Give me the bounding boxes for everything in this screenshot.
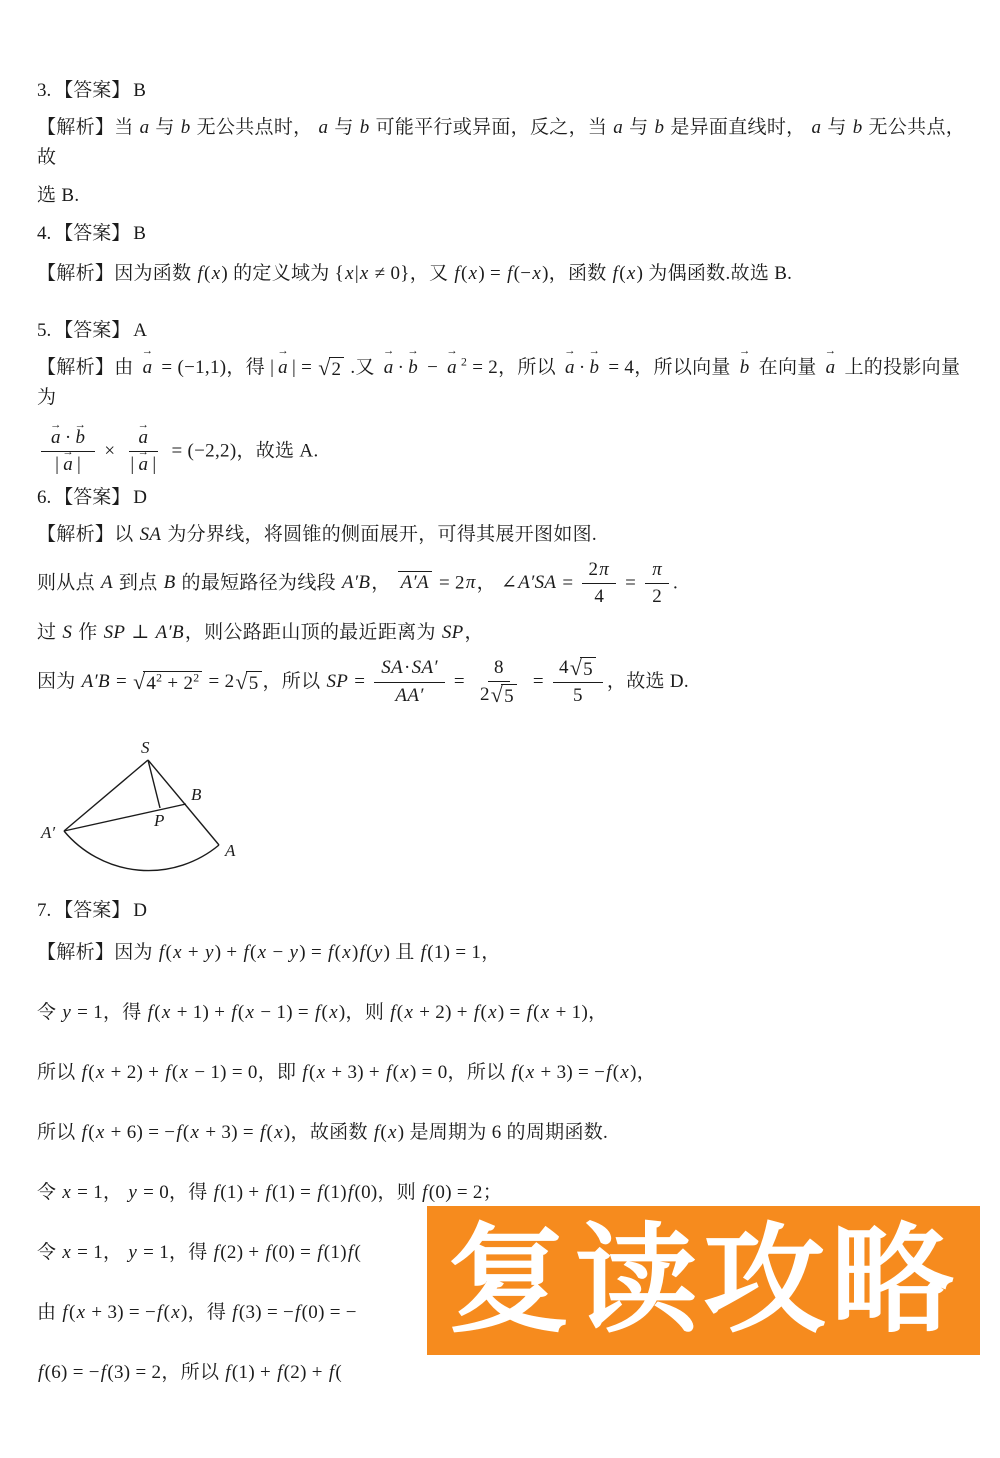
math-var: x <box>190 1122 201 1143</box>
math-var: x <box>468 263 479 284</box>
math-var: a <box>139 117 151 138</box>
math-var: y <box>127 1182 138 1203</box>
math-var: SA <box>139 524 163 545</box>
vector-arrow-icon: → <box>62 447 74 458</box>
fraction-denominator: 5 <box>567 683 589 707</box>
math-var: f <box>100 1362 108 1383</box>
vector-arrow-icon: → <box>138 420 150 431</box>
math-var: f <box>156 1302 164 1323</box>
math-var: a <box>446 357 458 378</box>
math-var: f <box>389 1002 397 1023</box>
math-var: AA′ <box>394 685 424 706</box>
math-var: f <box>158 942 166 963</box>
answer-line: 7.【答案】D <box>37 896 966 926</box>
vector-arrow-icon: → <box>407 346 419 357</box>
edge-S-Aprime <box>64 760 148 831</box>
math-var: x <box>273 1122 284 1143</box>
math-var: x <box>387 1122 398 1143</box>
math-var: A <box>100 572 114 593</box>
vector-arrow-icon: → <box>142 346 154 357</box>
item-number: 4. <box>37 223 51 244</box>
answer-letter: B <box>133 80 146 101</box>
math-var: y <box>289 942 300 963</box>
math-var: f <box>175 1122 183 1143</box>
upright-letter: A <box>299 440 313 461</box>
math-var: y <box>61 1002 72 1023</box>
math-var: π <box>465 572 477 593</box>
math-var: f <box>373 1122 381 1143</box>
fraction-denominator: 2√5 <box>474 682 524 708</box>
math-superscript: 2 <box>156 671 162 684</box>
math-var: x <box>531 263 542 284</box>
upright-letter: B <box>61 185 74 206</box>
math-var: x <box>161 1002 172 1023</box>
math-fraction: π2 <box>645 559 669 609</box>
answer-item: 6.【答案】D【解析】以 SA 为分界线，将圆锥的侧面展开，可得其展开图如图.则… <box>37 483 966 880</box>
math-var: a <box>277 357 289 378</box>
answer-item: 4.【答案】B【解析】因为函数 f(x) 的定义域为 {x|x ≠ 0}，又 f… <box>37 219 966 292</box>
math-var: f <box>612 263 620 284</box>
vector-arrow-icon: → <box>138 447 150 458</box>
math-var: f <box>421 1182 429 1203</box>
math-fraction: →a·→b|→a| <box>41 427 95 477</box>
math-var: f <box>213 1182 221 1203</box>
math-vector: →b <box>73 427 87 449</box>
math-var: a <box>382 357 396 378</box>
fraction-numerator: 4√5 <box>553 657 603 684</box>
math-var: b <box>852 117 864 138</box>
math-var: a <box>563 357 577 378</box>
math-var: a <box>276 357 290 378</box>
upright-letter: B <box>774 263 787 284</box>
radicand: 5 <box>246 671 262 695</box>
math-var: f <box>526 1002 534 1023</box>
math-var: f <box>259 1122 267 1143</box>
math-var: b <box>653 117 665 138</box>
answer-letter: B <box>133 223 146 244</box>
math-vector: →a <box>276 353 290 383</box>
math-var: f <box>196 263 204 284</box>
math-var: b <box>407 357 419 378</box>
math-var: A′B <box>155 622 185 643</box>
math-vector: →a <box>824 353 838 383</box>
answer-line: 5.【答案】A <box>37 316 966 346</box>
math-var: b <box>738 357 752 378</box>
math-var: x <box>257 942 268 963</box>
math-var: x <box>328 1002 339 1023</box>
math-var: f <box>264 1182 272 1203</box>
math-var: f <box>316 1182 324 1203</box>
math-var: x <box>341 942 352 963</box>
answer-label: 【答案】 <box>54 487 130 508</box>
answer-label: 【答案】 <box>54 900 130 921</box>
math-var: A′B <box>341 572 371 593</box>
math-var: x <box>316 1062 327 1083</box>
math-var: SP <box>103 622 127 643</box>
math-vector: →a <box>382 353 396 383</box>
math-var: x <box>359 263 370 284</box>
math-var: f <box>61 1302 69 1323</box>
solution-line: 过 S 作 SP ⊥ A′B，则公路距山顶的最近距离为 SP， <box>37 618 966 648</box>
solution-line: →a·→b|→a| × →a|→a| = (−2,2)，故选 A. <box>37 427 966 477</box>
label-S: S <box>141 738 150 757</box>
promo-banner-text: 复读攻略 <box>448 1222 960 1340</box>
math-var: x <box>626 263 637 284</box>
math-var: A′B <box>81 671 111 692</box>
solution-line: f(6) = −f(3) = 2，所以 f(1) + f(2) + f( <box>37 1356 966 1389</box>
solution-line: 令 y = 1，得 f(x + 1) + f(x − 1) = f(x)，则 f… <box>37 996 966 1029</box>
label-B: B <box>191 785 202 804</box>
math-var: f <box>420 942 428 963</box>
sector-diagram: S A′ A B P <box>37 728 297 880</box>
math-var: A′SA <box>517 572 557 593</box>
arc-Aprime-A <box>64 831 219 871</box>
math-var: b <box>589 357 601 378</box>
math-radical: √2 <box>318 357 344 381</box>
math-var: f <box>453 263 461 284</box>
math-var: π <box>598 559 610 580</box>
math-var: x <box>76 1302 87 1323</box>
radicand: 5 <box>501 684 517 708</box>
math-var: S <box>61 622 73 643</box>
fraction-denominator: 4 <box>588 584 610 608</box>
math-absolute-value: |→a| <box>55 454 81 475</box>
math-var: x <box>619 1062 630 1083</box>
item-number: 3. <box>37 80 51 101</box>
solution-line: 令 x = 1， y = 0，得 f(1) + f(1) = f(1)f(0)，… <box>37 1176 966 1209</box>
math-var: SP <box>441 622 465 643</box>
math-var: x <box>399 1062 410 1083</box>
item-number: 7. <box>37 900 51 921</box>
answer-label: 【答案】 <box>54 80 130 101</box>
math-var: f <box>164 1062 172 1083</box>
item-number: 6. <box>37 487 51 508</box>
math-var: x <box>487 1002 498 1023</box>
math-var: x <box>61 1242 72 1263</box>
math-var: f <box>506 263 514 284</box>
answer-line: 4.【答案】B <box>37 219 966 249</box>
math-var: π <box>651 559 663 580</box>
math-var: x <box>245 1002 256 1023</box>
math-var: x <box>540 1002 551 1023</box>
math-vector: →b <box>406 353 420 383</box>
promo-banner: 复读攻略 <box>427 1206 980 1355</box>
math-var: f <box>230 1002 238 1023</box>
answer-line: 3.【答案】B <box>37 76 966 106</box>
math-vector: →a <box>445 353 459 383</box>
fraction-denominator: AA′ <box>388 683 430 707</box>
fraction-numerator: 2π <box>582 559 616 584</box>
solution-line: 所以 f(x + 6) = −f(x + 3) = f(x)，故函数 f(x) … <box>37 1116 966 1149</box>
solution-line: 所以 f(x + 2) + f(x − 1) = 0，即 f(x + 3) + … <box>37 1056 966 1089</box>
math-var: B <box>163 572 177 593</box>
math-var: x <box>95 1122 106 1143</box>
math-var: x <box>179 1062 190 1083</box>
math-var: a <box>383 357 395 378</box>
math-var: a <box>612 117 624 138</box>
vector-arrow-icon: → <box>589 346 601 357</box>
fraction-numerator: 8 <box>488 657 510 682</box>
vector-arrow-icon: → <box>277 346 289 357</box>
math-var: f <box>213 1242 221 1263</box>
solution-line: 【解析】当 a 与 b 无公共点时， a 与 b 可能平行或异面，反之，当 a … <box>37 113 966 173</box>
math-var: f <box>314 1002 322 1023</box>
math-var: a <box>825 357 837 378</box>
cone-unfolding-figure: S A′ A B P <box>37 728 297 880</box>
answer-item: 3.【答案】B【解析】当 a 与 b 无公共点时， a 与 b 可能平行或异面，… <box>37 76 966 211</box>
math-radical: √5 <box>235 671 261 695</box>
solutions-document: 3.【答案】B【解析】当 a 与 b 无公共点时， a 与 b 可能平行或异面，… <box>0 0 1000 1389</box>
math-radical: √5 <box>570 657 596 681</box>
vector-arrow-icon: → <box>50 420 62 431</box>
math-absolute-value: |→a| <box>270 357 296 378</box>
math-vector: →a <box>141 353 155 383</box>
math-fraction: 4√55 <box>553 657 603 708</box>
math-var: x <box>170 1302 181 1323</box>
math-fraction: SA·SA′AA′ <box>374 657 445 707</box>
math-var: SP <box>325 671 349 692</box>
math-var: a <box>824 357 838 378</box>
math-fraction: 2π4 <box>582 559 616 609</box>
math-vector: →a <box>49 427 63 449</box>
radicand: 2 <box>329 357 345 381</box>
math-radical: √5 <box>491 684 517 708</box>
math-fraction: →a|→a| <box>124 427 162 477</box>
fraction-numerator: π <box>645 559 669 584</box>
math-var: x <box>95 1062 106 1083</box>
math-var: a <box>564 357 576 378</box>
math-var: SA <box>380 657 404 678</box>
math-var: a <box>142 357 154 378</box>
fraction-denominator: 2 <box>646 584 668 608</box>
math-var: a <box>810 117 822 138</box>
math-var: a <box>141 357 155 378</box>
label-A: A <box>224 841 236 860</box>
answer-line: 6.【答案】D <box>37 483 966 513</box>
upright-letter: D <box>670 671 684 692</box>
vector-arrow-icon: → <box>383 346 395 357</box>
math-var: x <box>344 263 355 284</box>
fraction-denominator: |→a| <box>124 452 162 476</box>
vector-arrow-icon: → <box>446 346 458 357</box>
math-var: f <box>264 1242 272 1263</box>
math-var: f <box>81 1122 89 1143</box>
math-var: y <box>373 942 384 963</box>
math-var: b <box>588 357 602 378</box>
math-var: f <box>359 942 367 963</box>
math-absolute-value: |→a| <box>130 454 156 475</box>
solution-line: 则从点 A 到点 B 的最短路径为线段 A′B， A′A = 2π， ∠A′SA… <box>37 559 966 609</box>
answer-letter: A <box>133 320 147 341</box>
math-var: f <box>37 1362 45 1383</box>
math-var: f <box>347 1242 355 1263</box>
item-number: 5. <box>37 320 51 341</box>
solution-line: 【解析】以 SA 为分界线，将圆锥的侧面展开，可得其展开图如图. <box>37 520 966 550</box>
math-var: y <box>127 1242 138 1263</box>
math-var: f <box>242 942 250 963</box>
math-vector: →b <box>738 353 752 383</box>
math-var: b <box>739 357 751 378</box>
math-var: A′A <box>400 572 430 593</box>
math-var: b <box>359 117 371 138</box>
solution-line: 【解析】由 →a = (−1,1)，得 |→a| = √2 .又 →a·→b −… <box>37 353 966 413</box>
radicand: 5 <box>580 657 596 681</box>
solution-line: 选 B. <box>37 181 966 211</box>
math-vector: →a <box>61 454 75 476</box>
vector-arrow-icon: → <box>564 346 576 357</box>
radicand: 42 + 22 <box>143 671 202 695</box>
math-var: x <box>172 942 183 963</box>
math-vector: →b <box>588 353 602 383</box>
chord-Aprime-B <box>64 804 186 831</box>
math-var: f <box>147 1002 155 1023</box>
math-var: f <box>473 1002 481 1023</box>
math-var: a <box>445 357 459 378</box>
vector-arrow-icon: → <box>825 346 837 357</box>
answer-label: 【答案】 <box>54 223 130 244</box>
math-fraction: 82√5 <box>474 657 524 708</box>
answer-item: 5.【答案】A【解析】由 →a = (−1,1)，得 |→a| = √2 .又 … <box>37 316 966 477</box>
math-var: x <box>525 1062 536 1083</box>
math-var: b <box>406 357 420 378</box>
math-var: SA′ <box>411 657 439 678</box>
math-var: f <box>605 1062 613 1083</box>
label-P: P <box>153 811 164 830</box>
math-vector: →a <box>563 353 577 383</box>
math-var: b <box>180 117 192 138</box>
page: { "page": {"background": "#ffffff", "tex… <box>0 0 1000 1458</box>
math-var: f <box>510 1062 518 1083</box>
math-superscript: 2 <box>193 671 199 684</box>
math-var: f <box>327 942 335 963</box>
math-var: f <box>316 1242 324 1263</box>
solution-line: 因为 A′B = √42 + 22 = 2√5，所以 SP = SA·SA′AA… <box>37 657 966 708</box>
math-vector: →a <box>137 454 151 476</box>
answer-letter: D <box>133 487 147 508</box>
math-var: f <box>328 1362 336 1383</box>
label-A-prime: A′ <box>40 823 55 842</box>
vector-arrow-icon: → <box>75 420 87 431</box>
answer-label: 【答案】 <box>54 320 130 341</box>
math-var: f <box>231 1302 239 1323</box>
fraction-numerator: SA·SA′ <box>374 657 445 682</box>
math-var: f <box>347 1182 355 1203</box>
math-var: y <box>204 942 215 963</box>
fraction-denominator: |→a| <box>49 452 87 476</box>
math-var: f <box>294 1302 302 1323</box>
math-var: f <box>224 1362 232 1383</box>
math-var: f <box>81 1062 89 1083</box>
solution-line: 【解析】因为函数 f(x) 的定义域为 {x|x ≠ 0}，又 f(x) = f… <box>37 256 966 292</box>
math-var: f <box>301 1062 309 1083</box>
math-var: x <box>61 1182 72 1203</box>
math-var: f <box>385 1062 393 1083</box>
math-var: x <box>211 263 222 284</box>
math-overline: A′A <box>398 571 432 593</box>
solution-line: 【解析】因为 f(x + y) + f(x − y) = f(x)f(y) 且 … <box>37 936 966 969</box>
math-radical: √42 + 22 <box>133 671 202 695</box>
math-var: x <box>403 1002 414 1023</box>
math-superscript: 2 <box>461 356 467 369</box>
math-var: f <box>276 1362 284 1383</box>
vector-arrow-icon: → <box>739 346 751 357</box>
math-var: a <box>318 117 330 138</box>
answer-letter: D <box>133 900 147 921</box>
